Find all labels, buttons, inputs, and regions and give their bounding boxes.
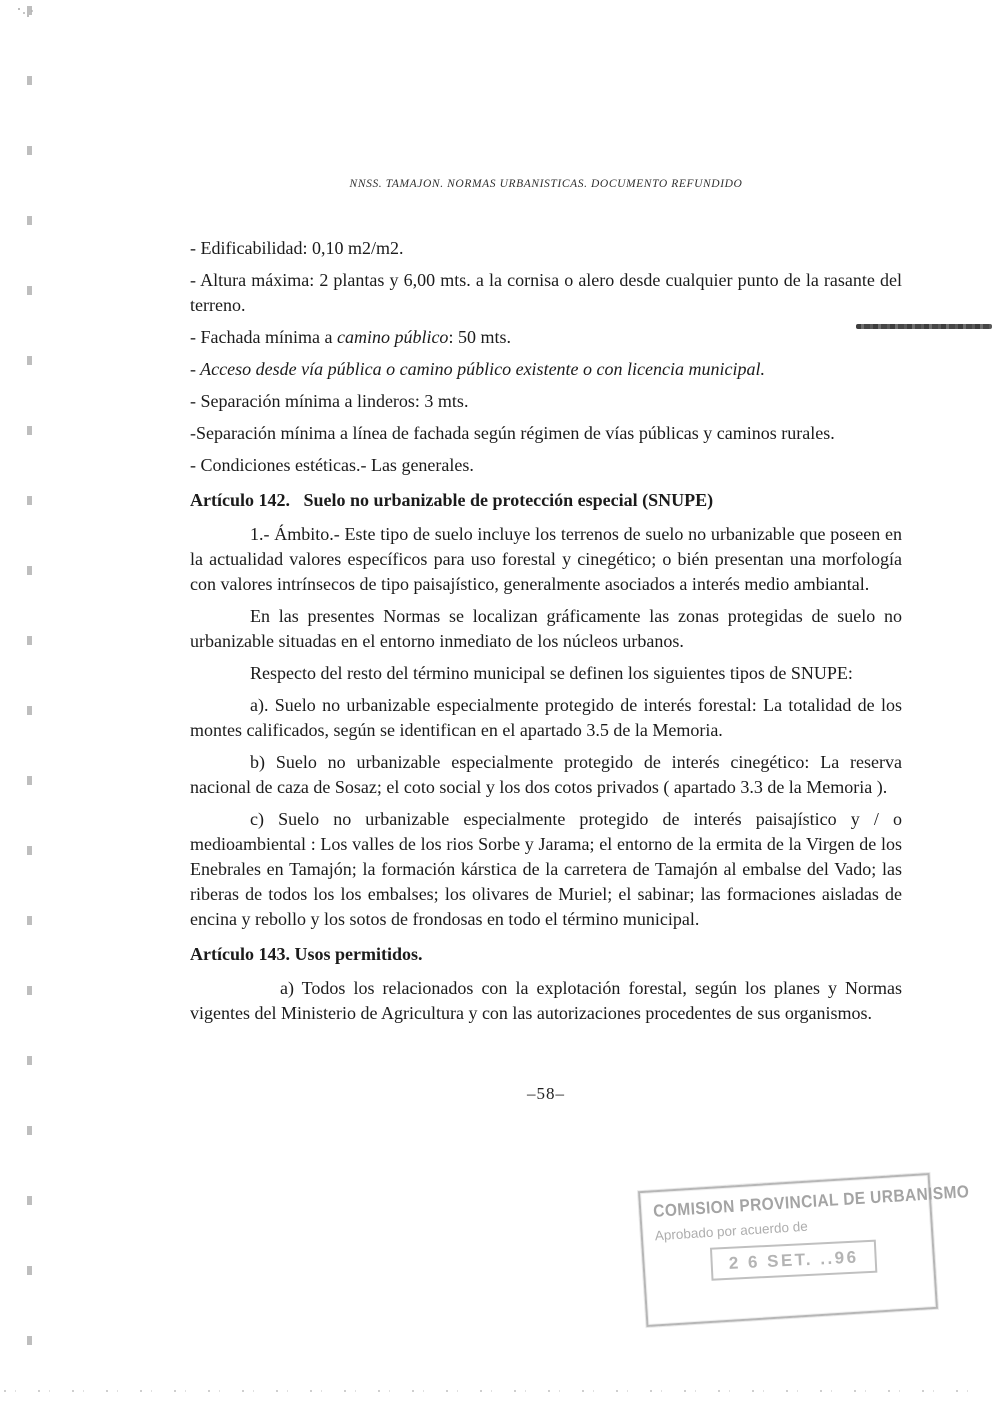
bullet-altura-maxima: - Altura máxima: 2 plantas y 6,00 mts. a… — [190, 268, 902, 318]
page-number: –58– — [190, 1084, 902, 1104]
articulo-143-item-a: a) Todos los relacionados con la explota… — [190, 976, 902, 1026]
articulo-142-item-b: b) Suelo no urbanizable especialmente pr… — [190, 750, 902, 800]
bullet-separacion-linderos: - Separación mínima a linderos: 3 mts. — [190, 389, 902, 414]
articulo-142-item-c: c) Suelo no urbanizable especialmente pr… — [190, 807, 902, 932]
articulo-142-item-a: a). Suelo no urbanizable especialmente p… — [190, 693, 902, 743]
bullet-acceso: - Acceso desde vía pública o camino públ… — [190, 357, 902, 382]
document-page: NNSS. TAMAJON. NORMAS URBANISTICAS. DOCU… — [190, 178, 902, 1104]
approval-stamp: COMISION PROVINCIAL DE URBANISMO Aprobad… — [638, 1173, 938, 1327]
bottom-scan-noise-line — [4, 1390, 984, 1392]
bullet-fachada-pre: - Fachada mínima a — [190, 327, 337, 347]
articulo-142-title: Artículo 142. Suelo no urbanizable de pr… — [190, 488, 902, 513]
bullet-fachada-post: : 50 mts. — [448, 327, 511, 347]
bullet-separacion-fachada: -Separación mínima a línea de fachada se… — [190, 421, 902, 446]
bullet-edificabilidad: - Edificabilidad: 0,10 m2/m2. — [190, 236, 902, 261]
scan-speckles — [18, 8, 20, 10]
articulo-142-normas: En las presentes Normas se localizan grá… — [190, 604, 902, 654]
running-header: NNSS. TAMAJON. NORMAS URBANISTICAS. DOCU… — [190, 178, 902, 190]
articulo-143-title: Artículo 143. Usos permitidos. — [190, 942, 902, 967]
bullet-fachada-minima: - Fachada mínima a camino público: 50 mt… — [190, 325, 902, 350]
stamp-date: 2 6 SET. ..96 — [728, 1247, 859, 1273]
stamp-date-box: 2 6 SET. ..96 — [710, 1240, 877, 1281]
binding-marks — [27, 6, 32, 1351]
bullet-condiciones-esteticas: - Condiciones estéticas.- Las generales. — [190, 453, 902, 478]
articulo-142-ambito: 1.- Ámbito.- Este tipo de suelo incluye … — [190, 522, 902, 597]
articulo-142-respecto: Respecto del resto del término municipal… — [190, 661, 902, 686]
bullet-fachada-italic: camino público — [337, 327, 448, 347]
